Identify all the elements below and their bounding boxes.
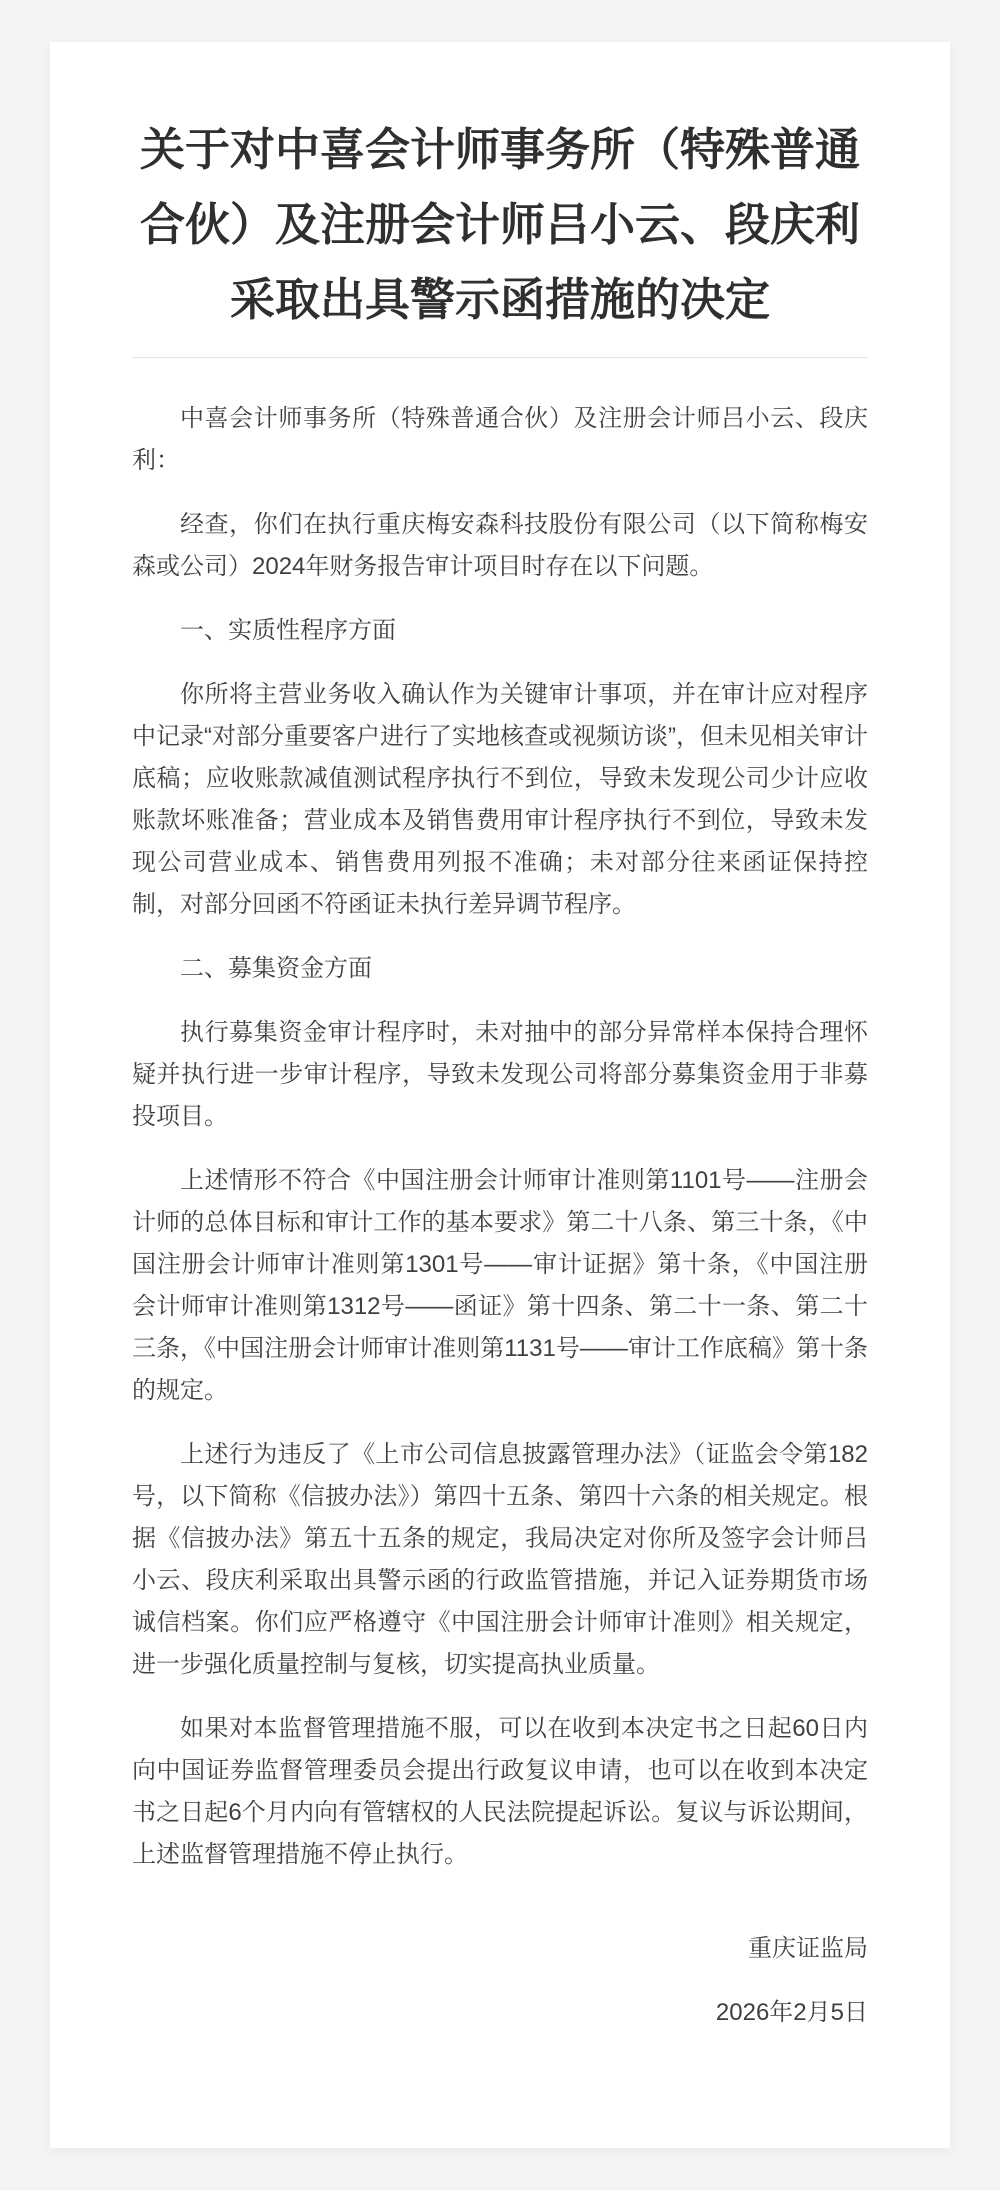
section-2-heading: 二、募集资金方面 (132, 948, 868, 990)
recipient-line: 中喜会计师事务所（特殊普通合伙）及注册会计师吕小云、段庆利： (132, 398, 868, 482)
decision-paragraph: 上述行为违反了《上市公司信息披露管理办法》（证监会令第182号，以下简称《信披办… (132, 1434, 868, 1686)
section-1-paragraph: 你所将主营业务收入确认作为关键审计事项，并在审计应对程序中记录“对部分重要客户进… (132, 674, 868, 926)
document-card: 关于对中喜会计师事务所（特殊普通合伙）及注册会计师吕小云、段庆利采取出具警示函措… (50, 42, 950, 2148)
appeal-rights-paragraph: 如果对本监督管理措施不服，可以在收到本决定书之日起60日内向中国证券监督管理委员… (132, 1708, 868, 1876)
section-1-heading: 一、实质性程序方面 (132, 610, 868, 652)
document-body: 中喜会计师事务所（特殊普通合伙）及注册会计师吕小云、段庆利： 经查，你们在执行重… (132, 398, 868, 2034)
issuer-signature: 重庆证监局 (132, 1928, 868, 1970)
document-title: 关于对中喜会计师事务所（特殊普通合伙）及注册会计师吕小云、段庆利采取出具警示函措… (132, 112, 868, 337)
title-divider (132, 357, 868, 358)
page-background: 关于对中喜会计师事务所（特殊普通合伙）及注册会计师吕小云、段庆利采取出具警示函措… (0, 0, 1000, 2190)
intro-paragraph: 经查，你们在执行重庆梅安森科技股份有限公司（以下简称梅安森或公司）2024年财务… (132, 504, 868, 588)
issue-date: 2026年2月5日 (132, 1992, 868, 2034)
section-2-paragraph: 执行募集资金审计程序时，未对抽中的部分异常样本保持合理怀疑并执行进一步审计程序，… (132, 1012, 868, 1138)
standards-violated-paragraph: 上述情形不符合《中国注册会计师审计准则第1101号——注册会计师的总体目标和审计… (132, 1160, 868, 1412)
